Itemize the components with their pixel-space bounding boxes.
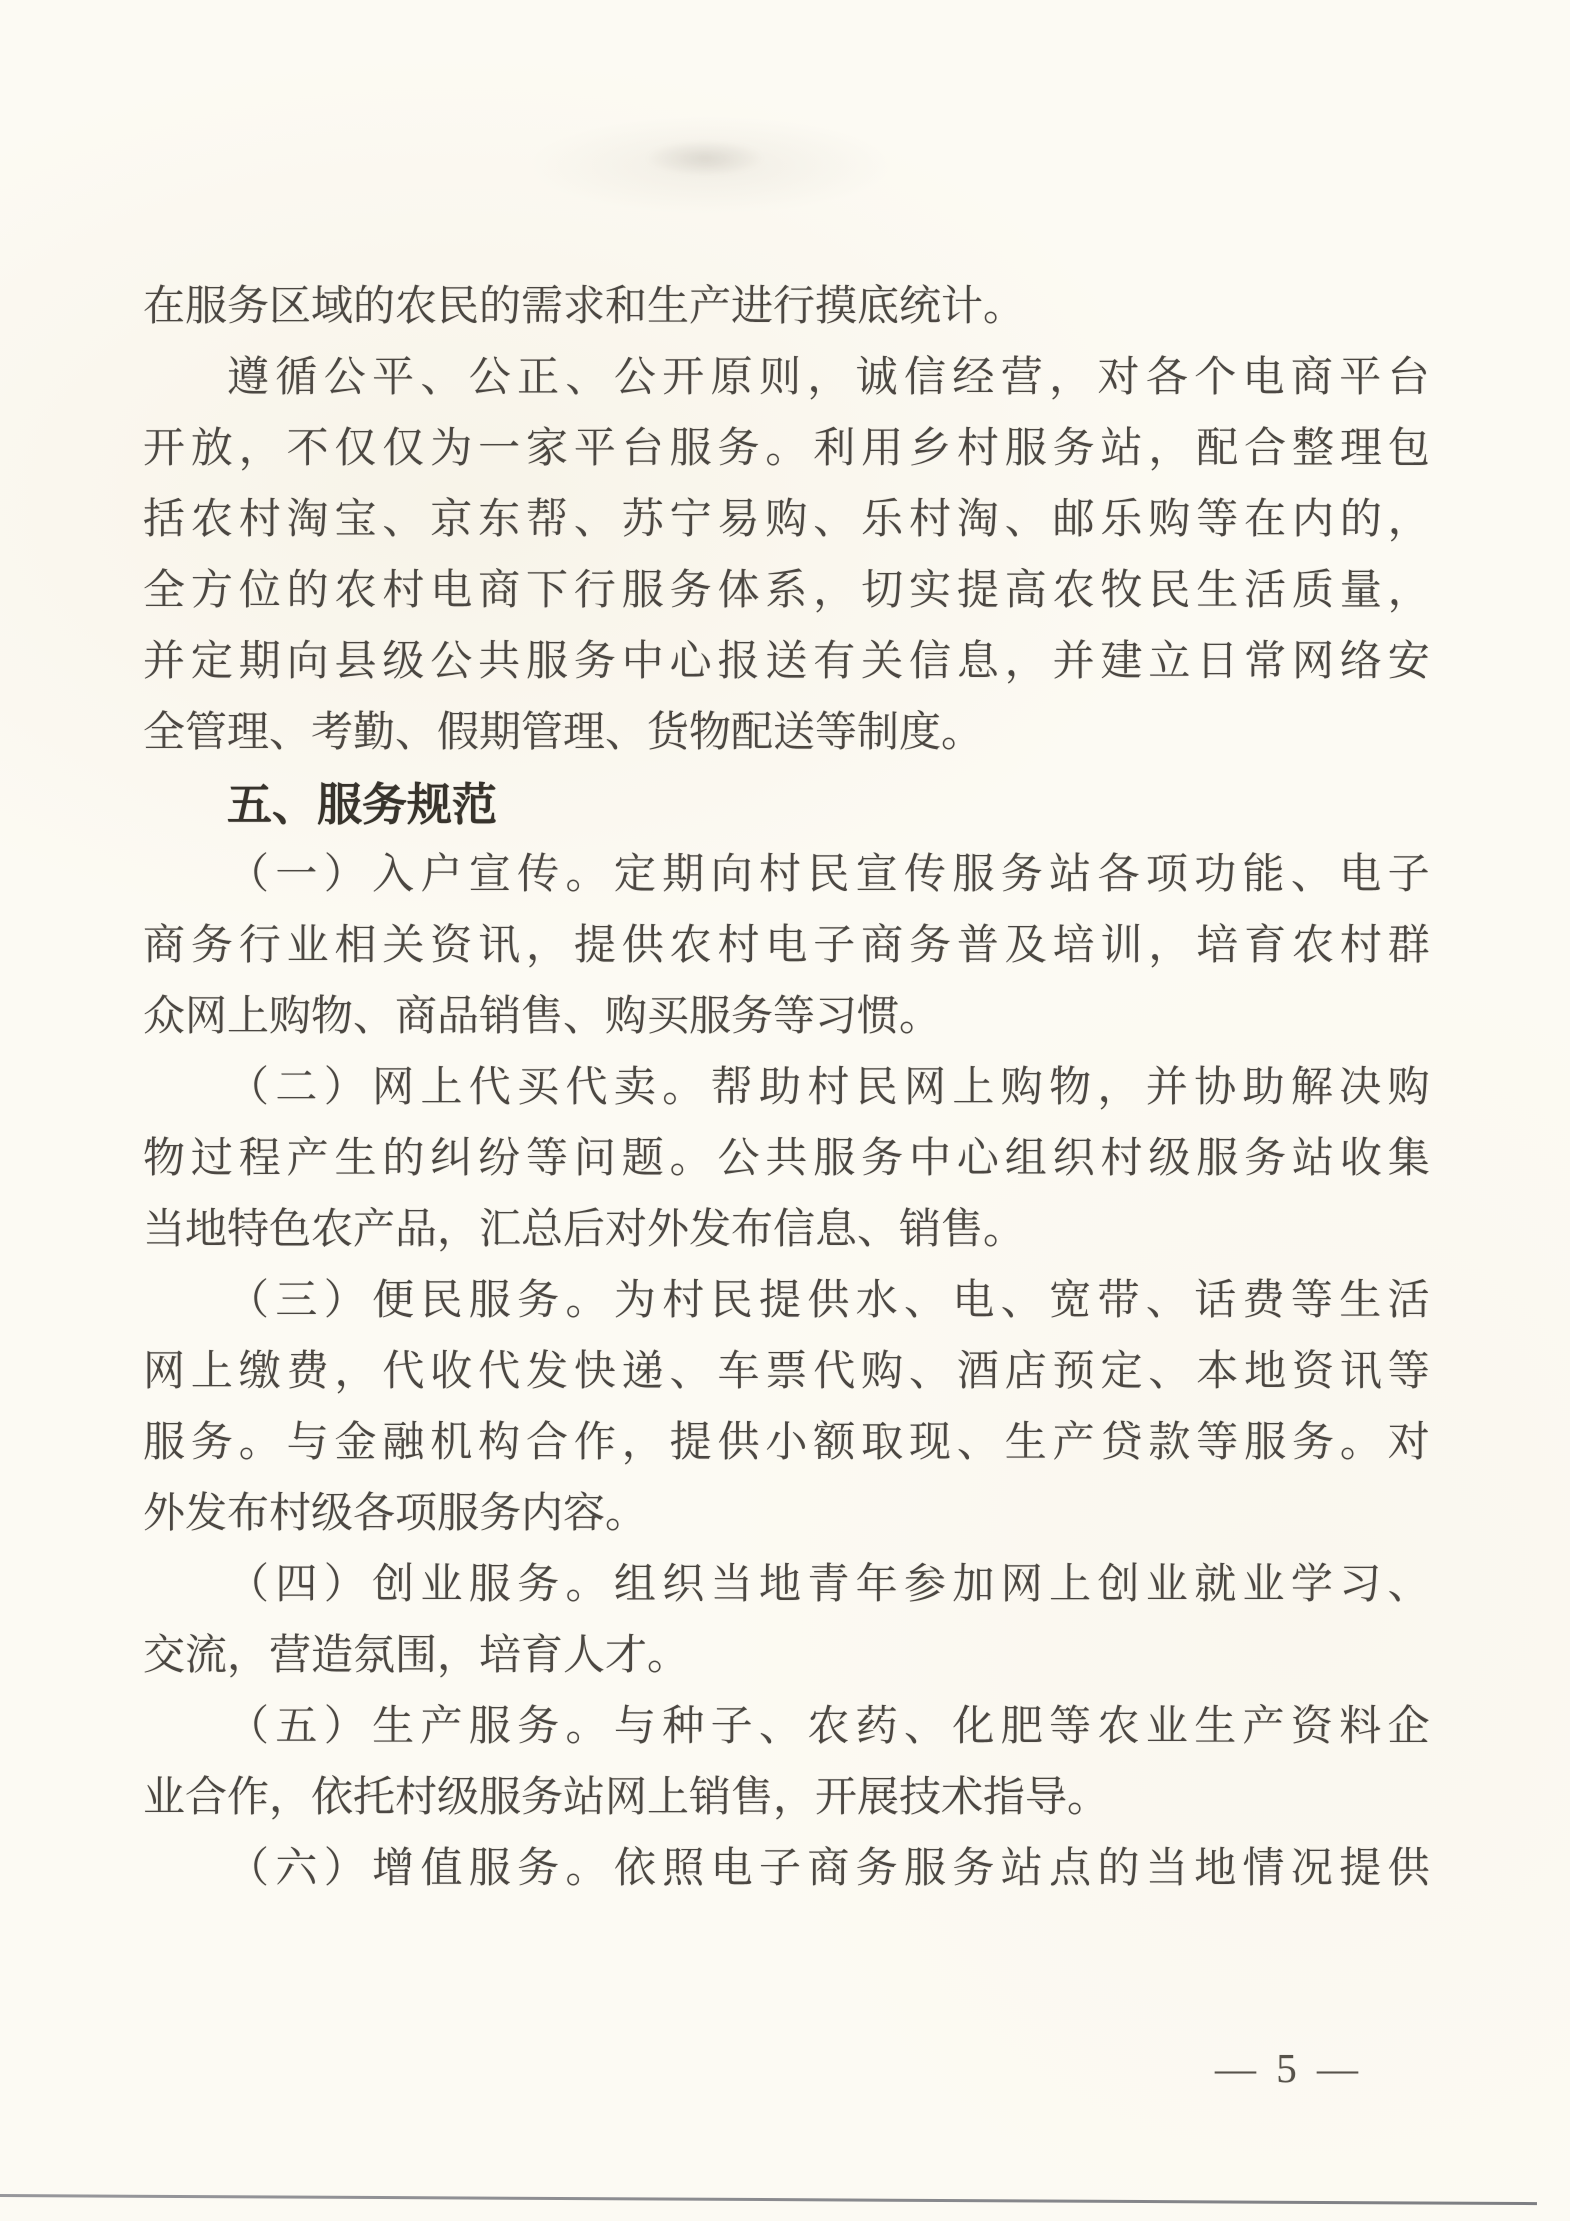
text-line: 遵循公平、公正、公开原则，诚信经营，对各个电商平台 [143, 343, 1430, 414]
text-line: （六）增值服务。依照电子商务服务站点的当地情况提供 [143, 1834, 1430, 1905]
text-line: 网上缴费，代收代发快递、车票代购、酒店预定、本地资讯等 [143, 1337, 1430, 1408]
text-line: 众网上购物、商品销售、购买服务等习惯。 [143, 982, 1430, 1053]
text-line: （四）创业服务。组织当地青年参加网上创业就业学习、 [143, 1550, 1430, 1621]
text-line: （二）网上代买代卖。帮助村民网上购物，并协助解决购 [143, 1053, 1430, 1124]
scan-smudge [645, 140, 765, 176]
text-line: 业合作，依托村级服务站网上销售，开展技术指导。 [143, 1763, 1430, 1834]
page-bottom-scan-line [0, 2194, 1537, 2205]
text-line: （一）入户宣传。定期向村民宣传服务站各项功能、电子 [143, 840, 1430, 911]
document-page: 在服务区域的农民的需求和生产进行摸底统计。遵循公平、公正、公开原则，诚信经营，对… [0, 0, 1570, 2221]
text-line: 括农村淘宝、京东帮、苏宁易购、乐村淘、邮乐购等在内的， [143, 485, 1430, 556]
text-line: （三）便民服务。为村民提供水、电、宽带、话费等生活 [143, 1266, 1430, 1337]
section-heading: 五、服务规范 [143, 769, 1430, 840]
text-line: 全方位的农村电商下行服务体系，切实提高农牧民生活质量， [143, 556, 1430, 627]
text-line: 全管理、考勤、假期管理、货物配送等制度。 [143, 698, 1430, 769]
text-line: 物过程产生的纠纷等问题。公共服务中心组织村级服务站收集 [143, 1124, 1430, 1195]
text-line: 外发布村级各项服务内容。 [143, 1479, 1430, 1550]
text-column: 在服务区域的农民的需求和生产进行摸底统计。遵循公平、公正、公开原则，诚信经营，对… [143, 272, 1430, 1905]
text-line: （五）生产服务。与种子、农药、化肥等农业生产资料企 [143, 1692, 1430, 1763]
text-line: 交流，营造氛围，培育人才。 [143, 1621, 1430, 1692]
text-line: 服务。与金融机构合作，提供小额取现、生产贷款等服务。对 [143, 1408, 1430, 1479]
text-line: 当地特色农产品，汇总后对外发布信息、销售。 [143, 1195, 1430, 1266]
text-line: 商务行业相关资讯，提供农村电子商务普及培训，培育农村群 [143, 911, 1430, 982]
text-line: 在服务区域的农民的需求和生产进行摸底统计。 [143, 272, 1430, 343]
text-line: 并定期向县级公共服务中心报送有关信息，并建立日常网络安 [143, 627, 1430, 698]
text-line: 开放，不仅仅为一家平台服务。利用乡村服务站，配合整理包 [143, 414, 1430, 485]
page-number: — 5 — [1215, 2044, 1375, 2092]
